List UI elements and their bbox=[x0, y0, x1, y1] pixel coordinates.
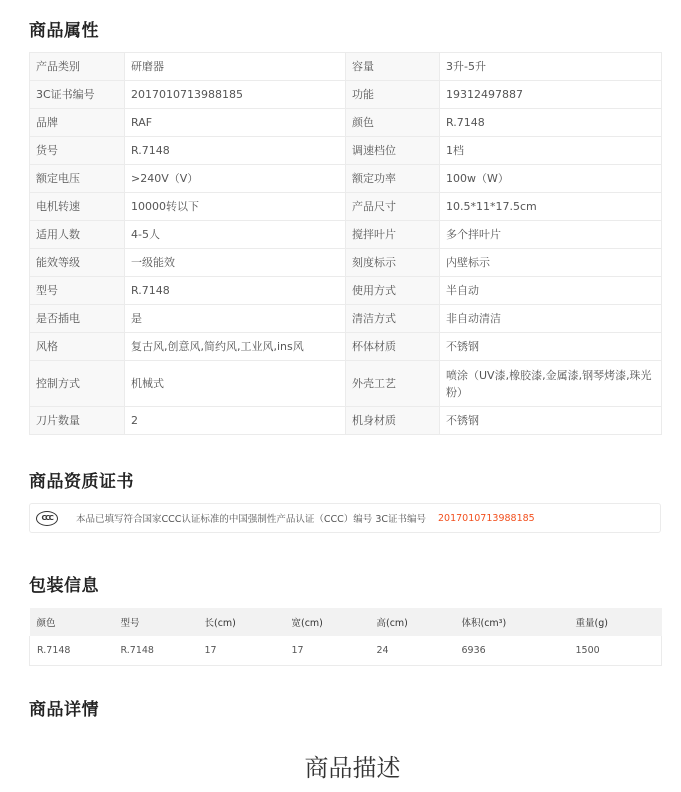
attribute-row: 能效等级一级能效刻度标示内壁标示 bbox=[30, 249, 662, 277]
packaging-cell-width: 17 bbox=[285, 636, 370, 665]
attribute-value: 不锈钢 bbox=[440, 333, 662, 361]
certificate-number: 2017010713988185 bbox=[438, 513, 535, 524]
attribute-label: 刻度标示 bbox=[346, 249, 440, 277]
attribute-value: R.7148 bbox=[125, 277, 346, 305]
ccc-icon: CCC bbox=[36, 511, 58, 526]
attribute-value: R.7148 bbox=[440, 109, 662, 137]
packaging-header-color: 颜色 bbox=[30, 608, 114, 636]
attribute-label: 货号 bbox=[30, 137, 125, 165]
attribute-label: 是否插电 bbox=[30, 305, 125, 333]
attribute-label: 产品类别 bbox=[30, 53, 125, 81]
attribute-label: 颜色 bbox=[346, 109, 440, 137]
attribute-value: 一级能效 bbox=[125, 249, 346, 277]
attribute-row: 风格复古风,创意风,简约风,工业风,ins风杯体材质不锈钢 bbox=[30, 333, 662, 361]
certificate-text: 本品已填写符合国家CCC认证标准的中国强制性产品认证（CCC）编号 3C证书编号 bbox=[76, 511, 426, 525]
attribute-label: 产品尺寸 bbox=[346, 193, 440, 221]
attribute-value: 非自动清洁 bbox=[440, 305, 662, 333]
packaging-table: 颜色 型号 长(cm) 宽(cm) 高(cm) 体积(cm³) 重量(g) R.… bbox=[29, 608, 662, 666]
attribute-label: 控制方式 bbox=[30, 361, 125, 407]
packaging-header-model: 型号 bbox=[114, 608, 198, 636]
packaging-header-height: 高(cm) bbox=[370, 608, 455, 636]
attribute-row: 品牌RAF颜色R.7148 bbox=[30, 109, 662, 137]
packaging-cell-model: R.7148 bbox=[114, 636, 198, 665]
packaging-cell-volume: 6936 bbox=[455, 636, 569, 665]
attribute-label: 型号 bbox=[30, 277, 125, 305]
attribute-value: 19312497887 bbox=[440, 81, 662, 109]
attribute-value: 2 bbox=[125, 407, 346, 435]
attribute-row: 控制方式机械式外壳工艺喷涂（UV漆,橡胶漆,金属漆,钢琴烤漆,珠光粉） bbox=[30, 361, 662, 407]
attributes-section-title: 商品属性 bbox=[29, 16, 99, 41]
attribute-row: 产品类别研磨器容量3升-5升 bbox=[30, 53, 662, 81]
packaging-header-volume: 体积(cm³) bbox=[455, 608, 569, 636]
attribute-label: 使用方式 bbox=[346, 277, 440, 305]
attribute-value: 10000转以下 bbox=[125, 193, 346, 221]
attribute-label: 外壳工艺 bbox=[346, 361, 440, 407]
attribute-value: 多个拌叶片 bbox=[440, 221, 662, 249]
attribute-row: 是否插电是清洁方式非自动清洁 bbox=[30, 305, 662, 333]
attribute-row: 货号R.7148调速档位1档 bbox=[30, 137, 662, 165]
attribute-label: 机身材质 bbox=[346, 407, 440, 435]
attribute-label: 风格 bbox=[30, 333, 125, 361]
attribute-label: 功能 bbox=[346, 81, 440, 109]
packaging-cell-height: 24 bbox=[370, 636, 455, 665]
attribute-value: 1档 bbox=[440, 137, 662, 165]
attribute-value: 2017010713988185 bbox=[125, 81, 346, 109]
attribute-value: 半自动 bbox=[440, 277, 662, 305]
attribute-value: 喷涂（UV漆,橡胶漆,金属漆,钢琴烤漆,珠光粉） bbox=[440, 361, 662, 407]
attribute-label: 电机转速 bbox=[30, 193, 125, 221]
attribute-label: 容量 bbox=[346, 53, 440, 81]
attribute-row: 电机转速10000转以下产品尺寸10.5*11*17.5cm bbox=[30, 193, 662, 221]
attribute-value: 10.5*11*17.5cm bbox=[440, 193, 662, 221]
attribute-label: 刀片数量 bbox=[30, 407, 125, 435]
attribute-label: 搅拌叶片 bbox=[346, 221, 440, 249]
ccc-icon-text: CCC bbox=[42, 514, 53, 522]
attribute-label: 能效等级 bbox=[30, 249, 125, 277]
packaging-header-length: 长(cm) bbox=[198, 608, 285, 636]
attribute-row: 适用人数4-5人搅拌叶片多个拌叶片 bbox=[30, 221, 662, 249]
packaging-cell-weight: 1500 bbox=[569, 636, 662, 665]
attribute-label: 适用人数 bbox=[30, 221, 125, 249]
details-section-title: 商品详情 bbox=[29, 695, 99, 720]
attribute-value: 研磨器 bbox=[125, 53, 346, 81]
attributes-table: 产品类别研磨器容量3升-5升3C证书编号2017010713988185功能19… bbox=[29, 52, 662, 435]
attribute-label: 调速档位 bbox=[346, 137, 440, 165]
packaging-cell-length: 17 bbox=[198, 636, 285, 665]
attribute-value: RAF bbox=[125, 109, 346, 137]
packaging-header-width: 宽(cm) bbox=[285, 608, 370, 636]
attribute-value: R.7148 bbox=[125, 137, 346, 165]
attribute-label: 3C证书编号 bbox=[30, 81, 125, 109]
certificate-section-title: 商品资质证书 bbox=[29, 467, 134, 492]
attribute-label: 杯体材质 bbox=[346, 333, 440, 361]
certificate-box: CCC 本品已填写符合国家CCC认证标准的中国强制性产品认证（CCC）编号 3C… bbox=[29, 503, 661, 533]
attribute-label: 清洁方式 bbox=[346, 305, 440, 333]
attribute-row: 3C证书编号2017010713988185功能19312497887 bbox=[30, 81, 662, 109]
attribute-value: 机械式 bbox=[125, 361, 346, 407]
attribute-value: 是 bbox=[125, 305, 346, 333]
attribute-row: 刀片数量2机身材质不锈钢 bbox=[30, 407, 662, 435]
attribute-label: 额定功率 bbox=[346, 165, 440, 193]
packaging-cell-color: R.7148 bbox=[30, 636, 114, 665]
attribute-value: 不锈钢 bbox=[440, 407, 662, 435]
attribute-value: 4-5人 bbox=[125, 221, 346, 249]
attribute-row: 型号R.7148使用方式半自动 bbox=[30, 277, 662, 305]
attribute-value: 100w（W） bbox=[440, 165, 662, 193]
packaging-header-weight: 重量(g) bbox=[569, 608, 662, 636]
attribute-value: 内壁标示 bbox=[440, 249, 662, 277]
packaging-row: R.7148 R.7148 17 17 24 6936 1500 bbox=[30, 636, 662, 665]
attribute-label: 品牌 bbox=[30, 109, 125, 137]
attribute-label: 额定电压 bbox=[30, 165, 125, 193]
packaging-header-row: 颜色 型号 长(cm) 宽(cm) 高(cm) 体积(cm³) 重量(g) bbox=[30, 608, 662, 636]
attribute-value: 复古风,创意风,简约风,工业风,ins风 bbox=[125, 333, 346, 361]
description-heading: 商品描述 bbox=[0, 748, 681, 783]
attribute-value: 3升-5升 bbox=[440, 53, 662, 81]
packaging-section-title: 包装信息 bbox=[29, 571, 99, 596]
attribute-row: 额定电压>240V（V）额定功率100w（W） bbox=[30, 165, 662, 193]
attribute-value: >240V（V） bbox=[125, 165, 346, 193]
